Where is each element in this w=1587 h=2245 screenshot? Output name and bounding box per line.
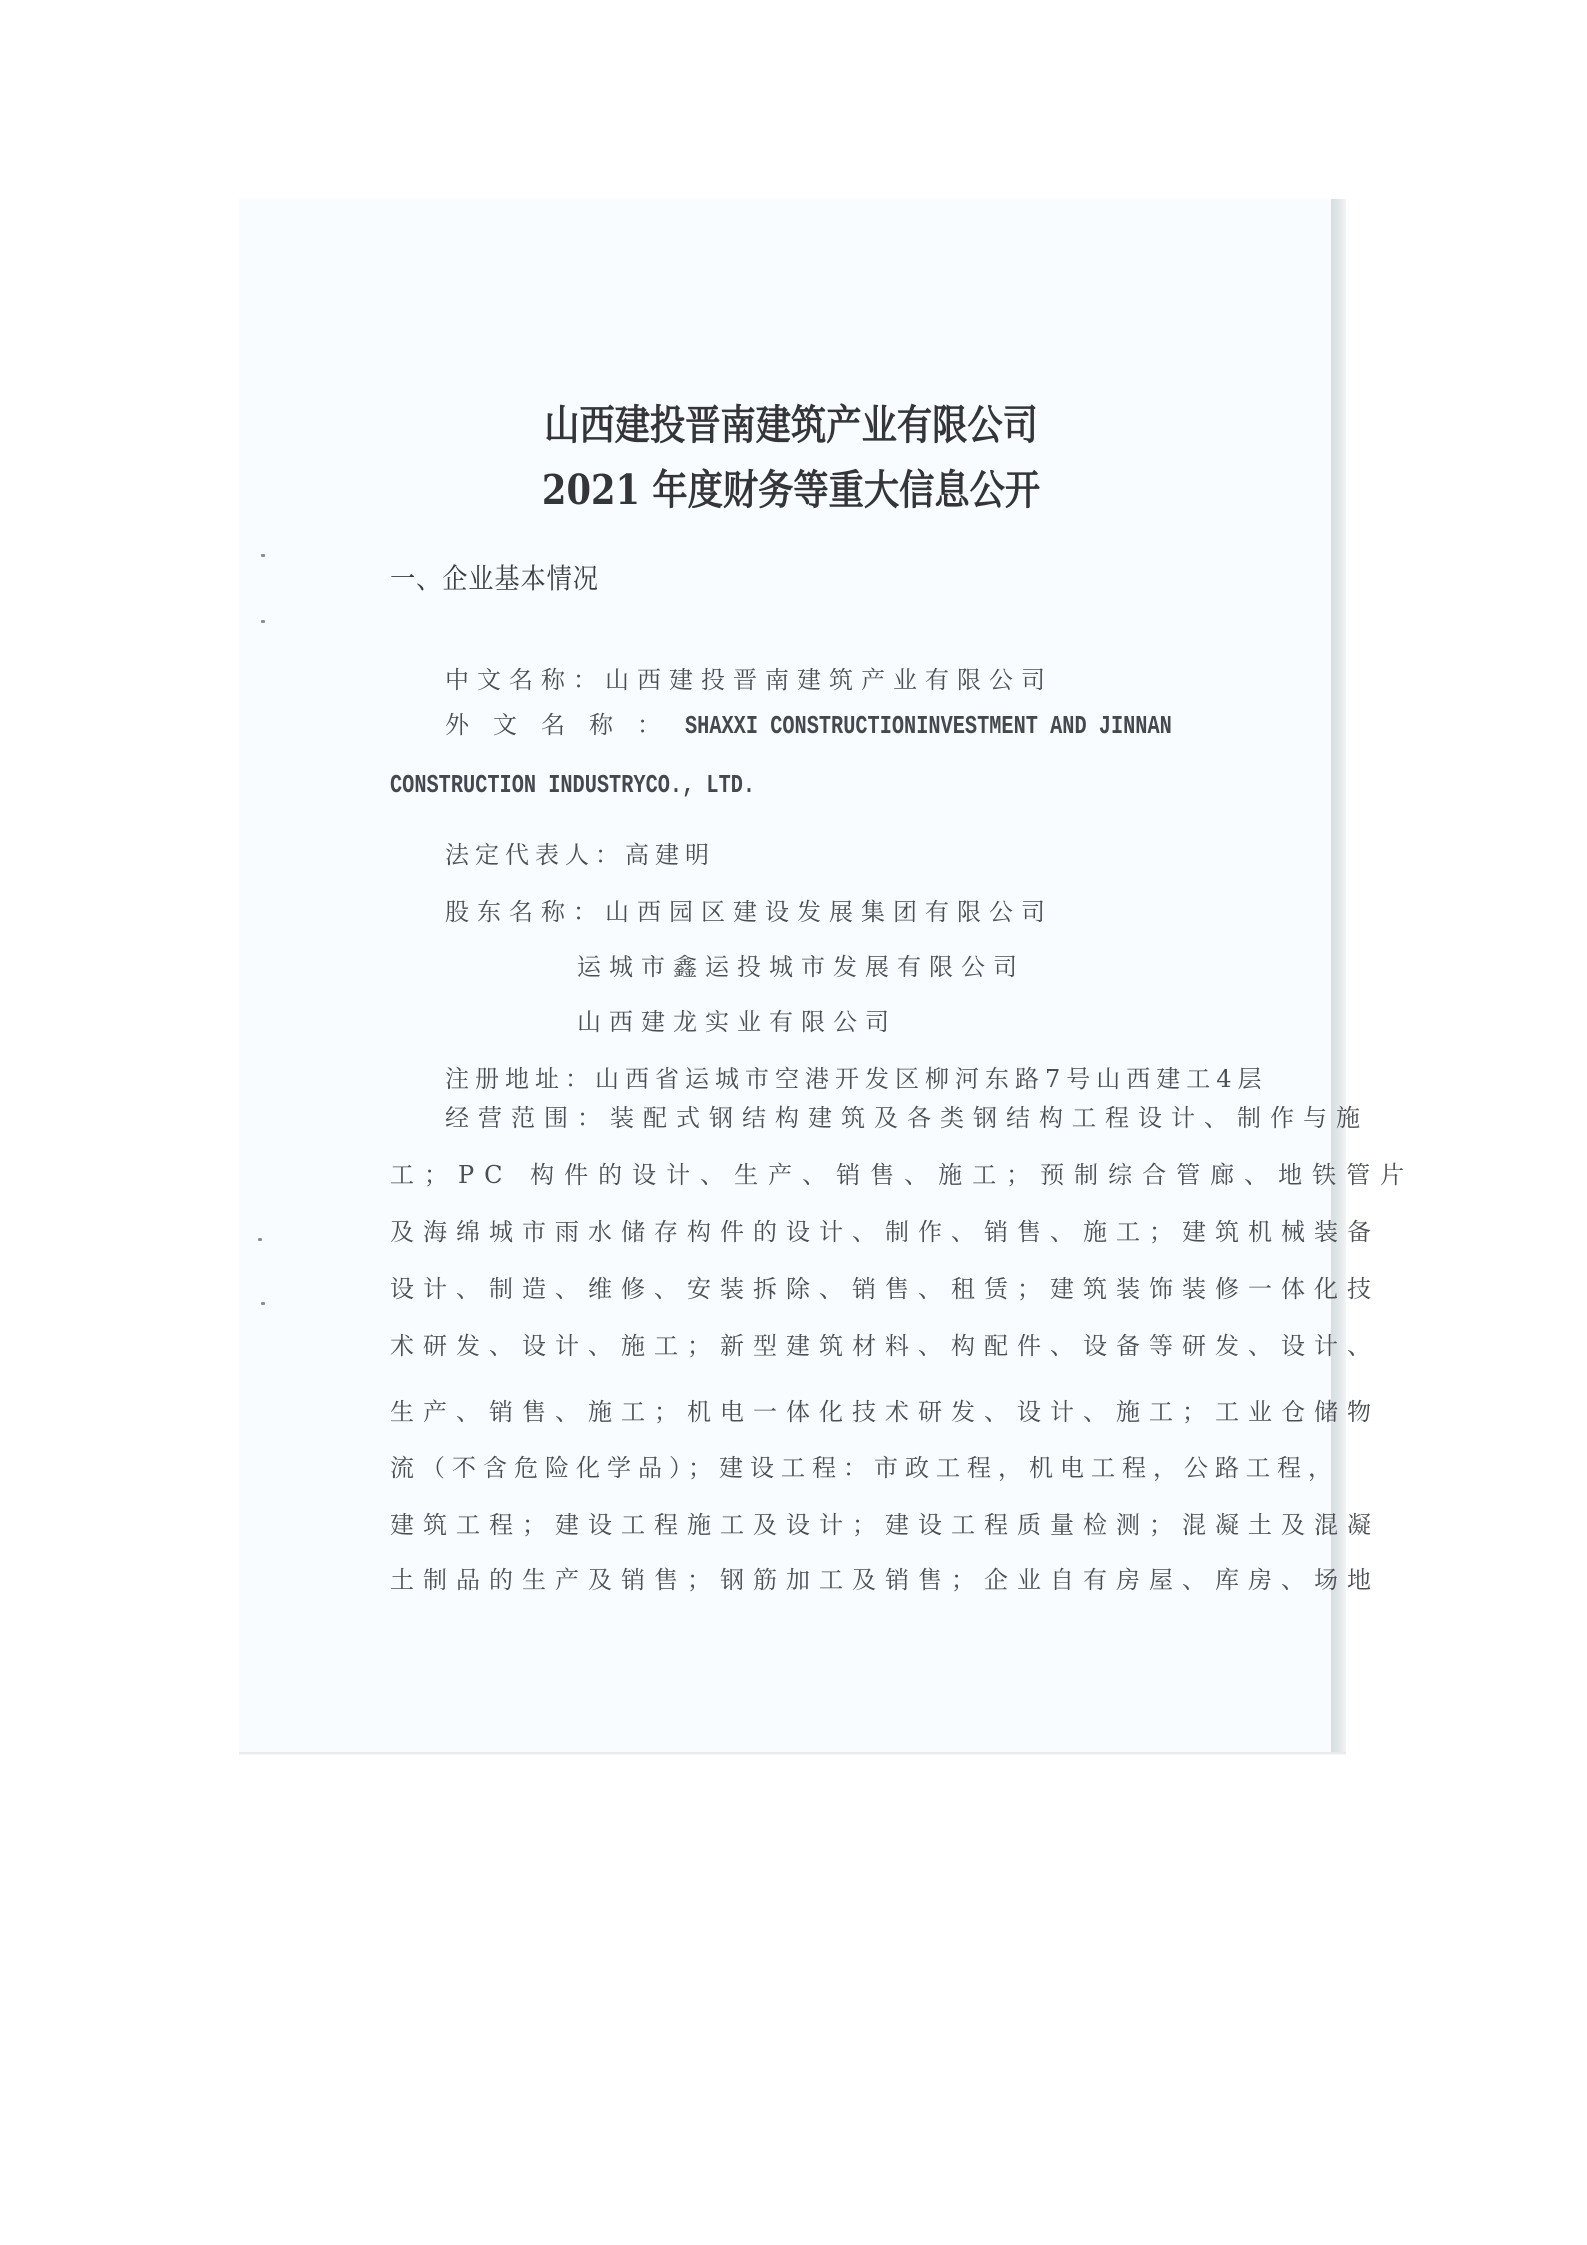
shareholder-row-2: 运城市鑫运投城市发展有限公司: [577, 955, 1025, 979]
business-scope-line-9: 土制品的生产及销售；钢筋加工及销售；企业自有房屋、库房、场地: [390, 1566, 1380, 1594]
business-scope-row: 生产、销售、施工；机电一体化技术研发、设计、施工；工业仓储物: [390, 1400, 1380, 1424]
shareholder-2: 运城市鑫运投城市发展有限公司: [577, 953, 1025, 981]
business-scope-line-1: 装配式钢结构建筑及各类钢结构工程设计、制作与施: [610, 1104, 1369, 1132]
legal-rep-row: 法定代表人：高建明: [445, 843, 715, 867]
foreign-name-label: 外文名称：: [445, 711, 685, 739]
business-scope-row: 建筑工程；建设工程施工及设计；建设工程质量检测；混凝土及混凝: [390, 1513, 1380, 1537]
business-scope-row: 流（不含危险化学品）；建设工程：市政工程，机电工程，公路工程，: [390, 1456, 1339, 1480]
shareholder-3: 山西建龙实业有限公司: [577, 1008, 897, 1036]
shareholders-row: 股东名称：山西园区建设发展集团有限公司: [445, 900, 1053, 924]
scan-speck: [261, 1302, 265, 1305]
chinese-name-value: 山西建投晋南建筑产业有限公司: [605, 666, 1053, 694]
document-title-line-2: 2021 年度财务等重大信息公开: [109, 470, 1474, 511]
business-scope-row: 设计、制造、维修、安装拆除、销售、租赁；建筑装饰装修一体化技: [390, 1277, 1380, 1301]
business-scope-line-6: 生产、销售、施工；机电一体化技术研发、设计、施工；工业仓储物: [390, 1398, 1380, 1426]
legal-rep-value: 高建明: [625, 841, 715, 869]
address-value: 山西省运城市空港开发区柳河东路7号山西建工4层: [595, 1065, 1268, 1093]
business-scope-row: 术研发、设计、施工；新型建筑材料、构配件、设备等研发、设计、: [390, 1334, 1380, 1358]
chinese-name-label: 中文名称：: [445, 666, 605, 694]
business-scope-line-4: 设计、制造、维修、安装拆除、销售、租赁；建筑装饰装修一体化技: [390, 1275, 1380, 1303]
business-scope-line-2: 工；PC 构件的设计、生产、销售、施工；预制综合管廊、地铁管片: [390, 1161, 1414, 1189]
foreign-name-value-line-2: CONSTRUCTION INDUSTRYCO., LTD.: [390, 772, 755, 798]
business-scope-row: 土制品的生产及销售；钢筋加工及销售；企业自有房屋、库房、场地: [390, 1568, 1380, 1592]
business-scope-row: 经营范围：装配式钢结构建筑及各类钢结构工程设计、制作与施: [445, 1106, 1369, 1130]
business-scope-line-5: 术研发、设计、施工；新型建筑材料、构配件、设备等研发、设计、: [390, 1332, 1380, 1360]
business-scope-row: 工；PC 构件的设计、生产、销售、施工；预制综合管廊、地铁管片: [390, 1163, 1414, 1187]
scan-speck: [261, 554, 265, 557]
business-scope-line-7: 流（不含危险化学品）；建设工程：市政工程，机电工程，公路工程，: [390, 1454, 1339, 1482]
shareholders-label: 股东名称：: [445, 898, 605, 926]
shareholder-row-3: 山西建龙实业有限公司: [577, 1010, 897, 1034]
address-row: 注册地址：山西省运城市空港开发区柳河东路7号山西建工4层: [445, 1067, 1268, 1091]
scan-speck: [258, 1238, 262, 1241]
legal-rep-label: 法定代表人：: [445, 841, 625, 869]
scan-speck: [261, 620, 265, 623]
business-scope-line-3: 及海绵城市雨水储存构件的设计、制作、销售、施工；建筑机械装备: [390, 1218, 1380, 1246]
foreign-name-row: 外文名称：SHAXXI CONSTRUCTIONINVESTMENT AND J…: [445, 713, 686, 739]
business-scope-row: 及海绵城市雨水储存构件的设计、制作、销售、施工；建筑机械装备: [390, 1220, 1380, 1244]
chinese-name-row: 中文名称：山西建投晋南建筑产业有限公司: [445, 668, 1053, 692]
page-edge-shadow-bottom: [239, 1752, 1346, 1755]
shareholder-1: 山西园区建设发展集团有限公司: [605, 898, 1053, 926]
foreign-name-row-continued: CONSTRUCTION INDUSTRYCO., LTD.: [390, 772, 858, 798]
document-title-line-1: 山西建投晋南建筑产业有限公司: [109, 405, 1474, 446]
address-label: 注册地址：: [445, 1065, 595, 1093]
foreign-name-value-line-1: SHAXXI CONSTRUCTIONINVESTMENT AND JINNAN: [685, 713, 686, 739]
business-scope-label: 经营范围：: [445, 1104, 610, 1132]
business-scope-line-8: 建筑工程；建设工程施工及设计；建设工程质量检测；混凝土及混凝: [390, 1511, 1380, 1539]
section-heading: 一、企业基本情况: [390, 565, 599, 593]
